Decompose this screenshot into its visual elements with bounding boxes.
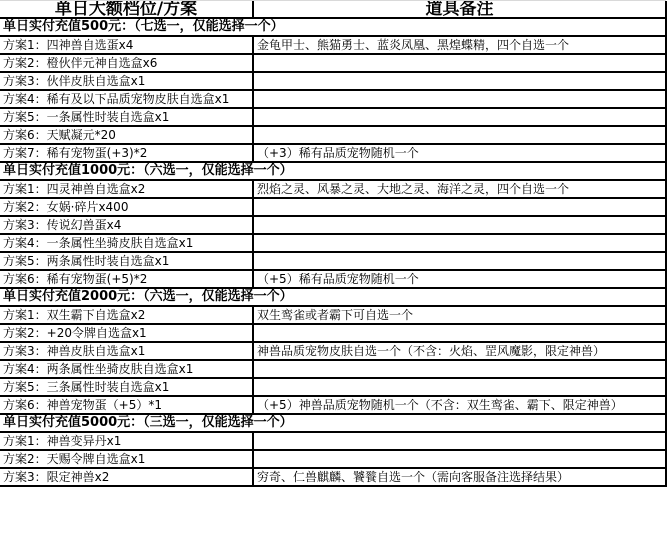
plan-cell: 方案1：神兽变异丹x1 [0, 432, 253, 450]
note-cell [253, 234, 666, 252]
table-row: 方案2：+20令牌自选盒x1 [0, 324, 666, 342]
plan-cell: 方案1：四神兽自选蛋x4 [0, 36, 253, 54]
section-row-500: 单日实付充值500元：（七选一，仅能选择一个） [0, 18, 666, 36]
note-cell [253, 90, 666, 108]
note-cell [253, 54, 666, 72]
plan-cell: 方案5：三条属性时装自选盒x1 [0, 378, 253, 396]
note-cell [253, 432, 666, 450]
note-cell [253, 72, 666, 90]
table-row: 方案5：一条属性时装自选盒x1 [0, 108, 666, 126]
plan-cell: 方案2：天赐令牌自选盒x1 [0, 450, 253, 468]
note-cell [253, 450, 666, 468]
table-row: 方案5：两条属性时装自选盒x1 [0, 252, 666, 270]
plan-cell: 方案1：双生霸下自选盒x2 [0, 306, 253, 324]
note-cell: 烈焰之灵、风暴之灵、大地之灵、海洋之灵，四个自选一个 [253, 180, 666, 198]
note-cell: 金龟甲士、熊猫勇士、蓝炎凤凰、黑煌蝶精，四个自选一个 [253, 36, 666, 54]
plan-cell: 方案3：限定神兽x2 [0, 468, 253, 486]
note-cell [253, 216, 666, 234]
plan-cell: 方案3：神兽皮肤自选盒x1 [0, 342, 253, 360]
reward-table: 单日大额档位/方案 道具备注 单日实付充值500元：（七选一，仅能选择一个） 方… [0, 1, 667, 487]
note-cell: （+5）神兽品质宠物随机一个（不含：双生鸾雀、霸下、限定神兽） [253, 396, 666, 414]
plan-cell: 方案6：天赋凝元*20 [0, 126, 253, 144]
note-cell [253, 378, 666, 396]
table-row: 方案1：四灵神兽自选盒x2烈焰之灵、风暴之灵、大地之灵、海洋之灵，四个自选一个 [0, 180, 666, 198]
table-row: 方案3：限定神兽x2穷奇、仁兽麒麟、饕餮自选一个（需向客服备注选择结果） [0, 468, 666, 486]
note-cell: 神兽品质宠物皮肤自选一个（不含：火焰、罡风魔影，限定神兽） [253, 342, 666, 360]
table-row: 方案2：女娲·碎片x400 [0, 198, 666, 216]
note-cell: 穷奇、仁兽麒麟、饕餮自选一个（需向客服备注选择结果） [253, 468, 666, 486]
note-cell [253, 126, 666, 144]
section-title: 单日实付充值500元：（七选一，仅能选择一个） [0, 18, 666, 36]
table-row: 方案2：橙伙伴元神自选盒x6 [0, 54, 666, 72]
section-row-1000: 单日实付充值1000元：（六选一，仅能选择一个） [0, 162, 666, 180]
table-row: 方案3：伙伴皮肤自选盒x1 [0, 72, 666, 90]
plan-cell: 方案2：橙伙伴元神自选盒x6 [0, 54, 253, 72]
section-row-2000: 单日实付充值2000元：（六选一，仅能选择一个） [0, 288, 666, 306]
table-row: 方案4：一条属性坐骑皮肤自选盒x1 [0, 234, 666, 252]
plan-cell: 方案5：两条属性时装自选盒x1 [0, 252, 253, 270]
table-row: 方案6：稀有宠物蛋(+5)*2（+5）稀有品质宠物随机一个 [0, 270, 666, 288]
plan-cell: 方案7：稀有宠物蛋(+3)*2 [0, 144, 253, 162]
plan-cell: 方案2：女娲·碎片x400 [0, 198, 253, 216]
reward-table-sheet: 单日大额档位/方案 道具备注 单日实付充值500元：（七选一，仅能选择一个） 方… [0, 0, 666, 487]
section-row-5000: 单日实付充值5000元：（三选一，仅能选择一个） [0, 414, 666, 432]
plan-cell: 方案6：稀有宠物蛋(+5)*2 [0, 270, 253, 288]
plan-cell: 方案5：一条属性时装自选盒x1 [0, 108, 253, 126]
note-cell: （+5）稀有品质宠物随机一个 [253, 270, 666, 288]
note-cell [253, 252, 666, 270]
table-row: 方案4：稀有及以下品质宠物皮肤自选盒x1 [0, 90, 666, 108]
note-cell [253, 198, 666, 216]
note-cell [253, 324, 666, 342]
plan-cell: 方案4：稀有及以下品质宠物皮肤自选盒x1 [0, 90, 253, 108]
plan-cell: 方案3：伙伴皮肤自选盒x1 [0, 72, 253, 90]
table-row: 方案4：两条属性坐骑皮肤自选盒x1 [0, 360, 666, 378]
section-title: 单日实付充值5000元：（三选一，仅能选择一个） [0, 414, 666, 432]
plan-cell: 方案1：四灵神兽自选盒x2 [0, 180, 253, 198]
note-cell: （+3）稀有品质宠物随机一个 [253, 144, 666, 162]
note-cell [253, 360, 666, 378]
header-plan: 单日大额档位/方案 [0, 1, 253, 18]
table-row: 方案5：三条属性时装自选盒x1 [0, 378, 666, 396]
plan-cell: 方案6：神兽宠物蛋（+5）*1 [0, 396, 253, 414]
plan-cell: 方案4：两条属性坐骑皮肤自选盒x1 [0, 360, 253, 378]
table-row: 方案3：神兽皮肤自选盒x1神兽品质宠物皮肤自选一个（不含：火焰、罡风魔影，限定神… [0, 342, 666, 360]
table-row: 方案3：传说幻兽蛋x4 [0, 216, 666, 234]
section-title: 单日实付充值2000元：（六选一，仅能选择一个） [0, 288, 666, 306]
plan-cell: 方案3：传说幻兽蛋x4 [0, 216, 253, 234]
table-row: 方案7：稀有宠物蛋(+3)*2（+3）稀有品质宠物随机一个 [0, 144, 666, 162]
table-row: 方案1：神兽变异丹x1 [0, 432, 666, 450]
section-title: 单日实付充值1000元：（六选一，仅能选择一个） [0, 162, 666, 180]
note-cell: 双生鸾雀或者霸下可自选一个 [253, 306, 666, 324]
table-row: 方案6：神兽宠物蛋（+5）*1（+5）神兽品质宠物随机一个（不含：双生鸾雀、霸下… [0, 396, 666, 414]
header-note: 道具备注 [253, 1, 666, 18]
table-row: 方案6：天赋凝元*20 [0, 126, 666, 144]
plan-cell: 方案4：一条属性坐骑皮肤自选盒x1 [0, 234, 253, 252]
note-cell [253, 108, 666, 126]
plan-cell: 方案2：+20令牌自选盒x1 [0, 324, 253, 342]
header-row: 单日大额档位/方案 道具备注 [0, 1, 666, 18]
table-row: 方案2：天赐令牌自选盒x1 [0, 450, 666, 468]
table-row: 方案1：双生霸下自选盒x2双生鸾雀或者霸下可自选一个 [0, 306, 666, 324]
table-row: 方案1：四神兽自选蛋x4金龟甲士、熊猫勇士、蓝炎凤凰、黑煌蝶精，四个自选一个 [0, 36, 666, 54]
